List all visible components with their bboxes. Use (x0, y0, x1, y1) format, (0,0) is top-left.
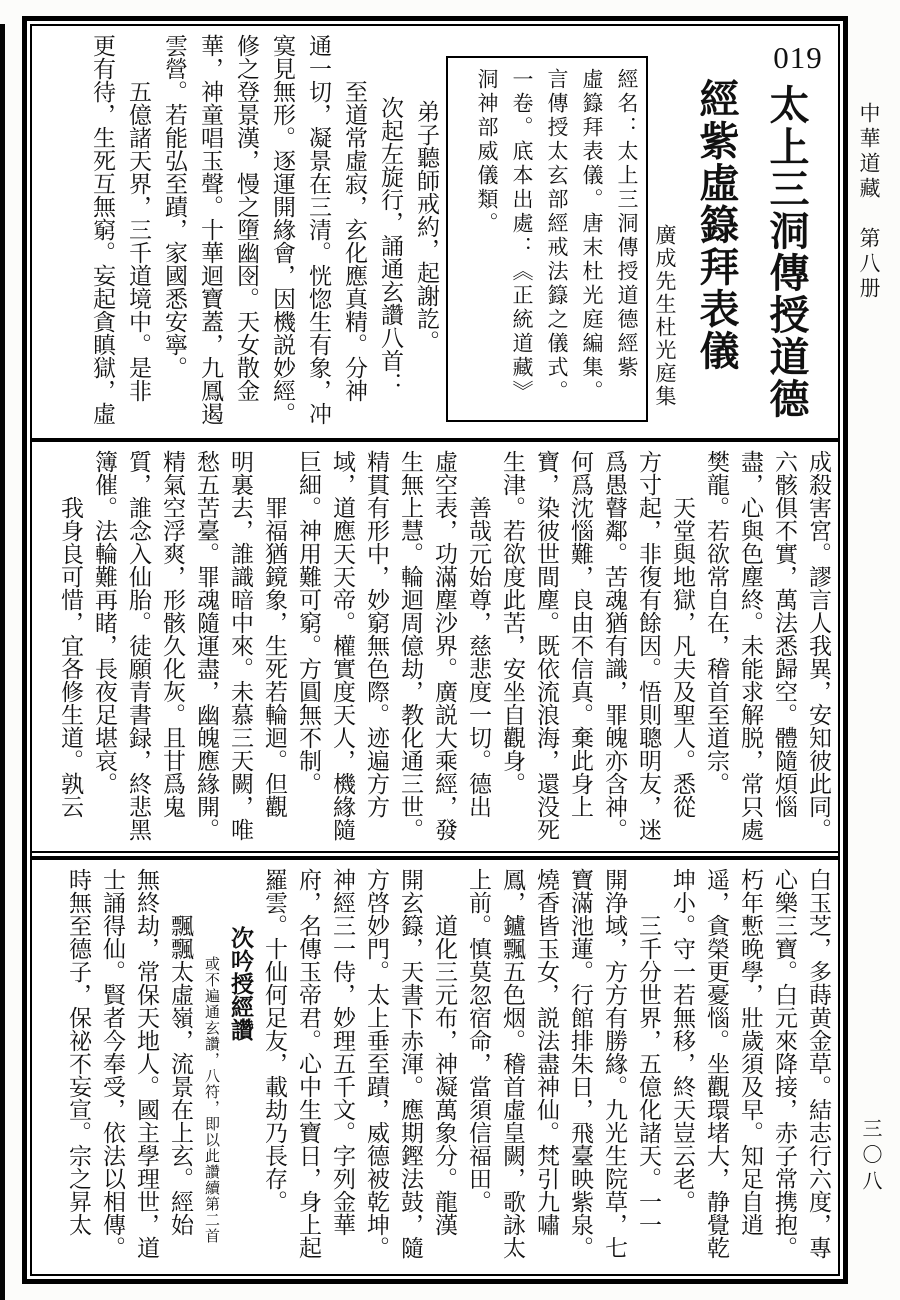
text-column: 或不遍通玄讚，八符，即以此讚續第二首 (203, 868, 218, 1268)
text-column: 何爲沈惱難，良由不信真。棄此身上 (569, 450, 592, 845)
text-column: 次起左旋行，誦通玄讚八首： (379, 34, 402, 432)
register-middle: 成殺害宮。謬言人我異，安知彼此同。六骸俱不實，萬法悉歸空。體隨煩惱盡，心與色塵終… (32, 442, 838, 851)
register-top: 019 太上三洞傳授道德 經紫虛籙拜表儀 廣成先生杜光庭集 經名：太上三洞傳授道… (32, 26, 838, 438)
text-column: 精貫有形中，妙窮無色際。迹遍方方 (365, 450, 388, 845)
colophon-box: 經名：太上三洞傳授道德經紫虛籙拜表儀。唐末杜光庭編集。言傳授太玄部經戒法籙之儀式… (446, 56, 648, 422)
text-column: 雲營。若能弘至蹟，家國悉安寧。 (163, 34, 186, 432)
text-column: 更有待，生死互無窮。妄起貪瞋獄，虛 (91, 34, 114, 432)
colophon-column: 言傳授太玄部經戒法籙之儀式。 (546, 68, 567, 410)
text-column: 我身良可惜，宜各修生道。孰云 (59, 450, 82, 845)
text-column: 開玄籙，天書下赤渾。應期鏗法鼓，隨 (399, 868, 422, 1268)
text-column: 愁五苦臺。罪魂隨運盡，幽魄應緣開。 (195, 450, 218, 845)
text-column: 寶，染彼世間塵。既依流浪海，還没死 (535, 450, 558, 845)
register-top-columns: 弟子聽師戒約，起謝訖。次起左旋行，誦通玄讚八首：至道常虛寂，玄化應真精。分神通一… (40, 34, 438, 432)
text-column: 開浄域，方方有勝緣。九光生院草，七 (603, 868, 626, 1268)
text-column: 時無至德子，保祕不妄宣。宗之昇太 (67, 868, 90, 1268)
text-column: 六骸俱不實，萬法悉歸空。體隨煩惱 (773, 450, 796, 845)
text-column: 明裏去，誰識暗中來。未慕三天闕，唯 (229, 450, 252, 845)
text-column: 簿催。法輪難再睹，長夜足堪哀。 (93, 450, 116, 845)
text-column: 質，誰念入仙胎。徒願青書録，終悲黑 (127, 450, 150, 845)
volume-label: 中華道藏 第八册 (858, 102, 879, 302)
title-column-1: 太上三洞傳授道德 (766, 84, 806, 420)
colophon-column: 一卷。底本出處：《正統道藏》 (511, 68, 532, 410)
page-border-frame: 019 太上三洞傳授道德 經紫虛籙拜表儀 廣成先生杜光庭集 經名：太上三洞傳授道… (22, 16, 848, 1284)
register-bottom: 白玉芝，多蒔黄金草。結志行六度，專心樂三寶。白元來降接，赤子常携抱。朽年慙晚學，… (32, 860, 838, 1274)
colophon-column: 經名：太上三洞傳授道德經紫 (616, 68, 637, 410)
text-column: 羅雲。十仙何足友，載劫乃長存。 (263, 868, 286, 1268)
text-column: 天堂與地獄，凡夫及聖人。悉從 (671, 450, 694, 845)
text-column: 道化三元布，神凝萬象分。龍漢 (433, 868, 456, 1268)
text-column: 寞見無形。逐運開緣會，因機説妙經。 (271, 34, 294, 432)
register-separator-double (32, 851, 838, 860)
colophon-column: 洞神部威儀類。 (476, 68, 497, 410)
text-column: 修之登景漢，慢之墮幽囹。天女散金 (235, 34, 258, 432)
text-column: 神經三一侍，妙理五千文。字列金華 (331, 868, 354, 1268)
text-column: 樊龍。若欲常自在，稽首至道宗。 (705, 450, 728, 845)
text-column: 精氣空浮爽，形骸久化灰。且甘爲鬼 (161, 450, 184, 845)
text-column: 士誦得仙。賢者今奉受，依法以相傳。 (101, 868, 124, 1268)
text-column: 寶滿池蓮。行館排朱日，飛臺映紫泉。 (569, 868, 592, 1268)
text-column: 朽年慙晚學，壯歲須及早。知足自逍 (739, 868, 762, 1268)
text-column: 生津。若欲度此苦，安坐自觀身。 (501, 450, 524, 845)
text-column: 通一切，凝景在三清。恍惚生有象，冲 (307, 34, 330, 432)
text-column: 次吟授經讚 (229, 868, 252, 1268)
text-column: 弟子聽師戒約，起謝訖。 (415, 34, 438, 432)
item-number: 019 (756, 40, 838, 76)
text-column: 盡，心與色塵終。未能求解脱，常只處 (739, 450, 762, 845)
text-column: 府，名傳玉帝君。心中生寶日，身上起 (297, 868, 320, 1268)
text-column: 生無上慧。輪迴周億劫，教化通三世。 (399, 450, 422, 845)
author-column: 廣成先生杜光庭集 (654, 224, 675, 408)
colophon-column: 虛籙拜表儀。唐末杜光庭編集。 (581, 68, 602, 410)
title-column-2: 經紫虛籙拜表儀 (696, 78, 736, 372)
text-column: 華，神童唱玉聲。十華迴寶蓋，九鳳遏 (199, 34, 222, 432)
text-column: 罪福猶鏡象，生死若輪迴。但觀 (263, 450, 286, 845)
text-column: 方啓妙門。太上垂至蹟，威德被乾坤。 (365, 868, 388, 1268)
text-column: 域，道應天天帝。權實度天人，機緣隨 (331, 450, 354, 845)
text-column: 三千分世界，五億化諸天。一一 (637, 868, 660, 1268)
text-column: 白玉芝，多蒔黄金草。結志行六度，專 (807, 868, 830, 1268)
text-column: 爲愚瞽鄰。苦魂猶有識，罪魄亦含神。 (603, 450, 626, 845)
text-column: 燒香皆玉女，説法盡神仙。梵引九嘯 (535, 868, 558, 1268)
text-column: 遥，貪榮更憂惱。坐觀環堵大，静覺乾 (705, 868, 728, 1268)
scanned-book-page: 中華道藏 第八册 三〇八 019 太上三洞傳授道德 經紫虛籙拜表儀 廣成先生杜光… (0, 0, 900, 1300)
folio-page-number: 三〇八 (860, 1118, 880, 1196)
scan-edge-strip (0, 24, 5, 1300)
text-column: 飄飄太虛嶺，流景在上玄。經始 (169, 868, 192, 1268)
text-column: 鳳，鑪飄五色烟。稽首虛皇闕，歌詠太 (501, 868, 524, 1268)
register-bottom-columns: 白玉芝，多蒔黄金草。結志行六度，專心樂三寶。白元來降接，赤子常携抱。朽年慙晚學，… (38, 868, 830, 1268)
text-column: 善哉元始尊，慈悲度一切。德出 (467, 450, 490, 845)
text-column: 無終劫，常保天地人。國主學理世，道 (135, 868, 158, 1268)
text-column: 五億諸天界，三千道境中。是非 (127, 34, 150, 432)
text-column: 上前。慎莫忽宿命，當須信福田。 (467, 868, 490, 1268)
text-column: 方寸起，非復有餘因。悟則聰明友，迷 (637, 450, 660, 845)
text-column: 成殺害宮。謬言人我異，安知彼此同。 (807, 450, 830, 845)
text-column: 虛空表，功滿塵沙界。廣説大乘經，發 (433, 450, 456, 845)
text-column: 巨細。神用難可窮。方圓無不制。 (297, 450, 320, 845)
text-column: 至道常虛寂，玄化應真精。分神 (343, 34, 366, 432)
text-column: 坤小。守一若無移，終天豈云老。 (671, 868, 694, 1268)
text-column: 心樂三寶。白元來降接，赤子常携抱。 (773, 868, 796, 1268)
register-middle-columns: 成殺害宮。謬言人我異，安知彼此同。六骸俱不實，萬法悉歸空。體隨煩惱盡，心與色塵終… (38, 450, 830, 845)
inner-border-frame: 019 太上三洞傳授道德 經紫虛籙拜表儀 廣成先生杜光庭集 經名：太上三洞傳授道… (30, 24, 840, 1276)
